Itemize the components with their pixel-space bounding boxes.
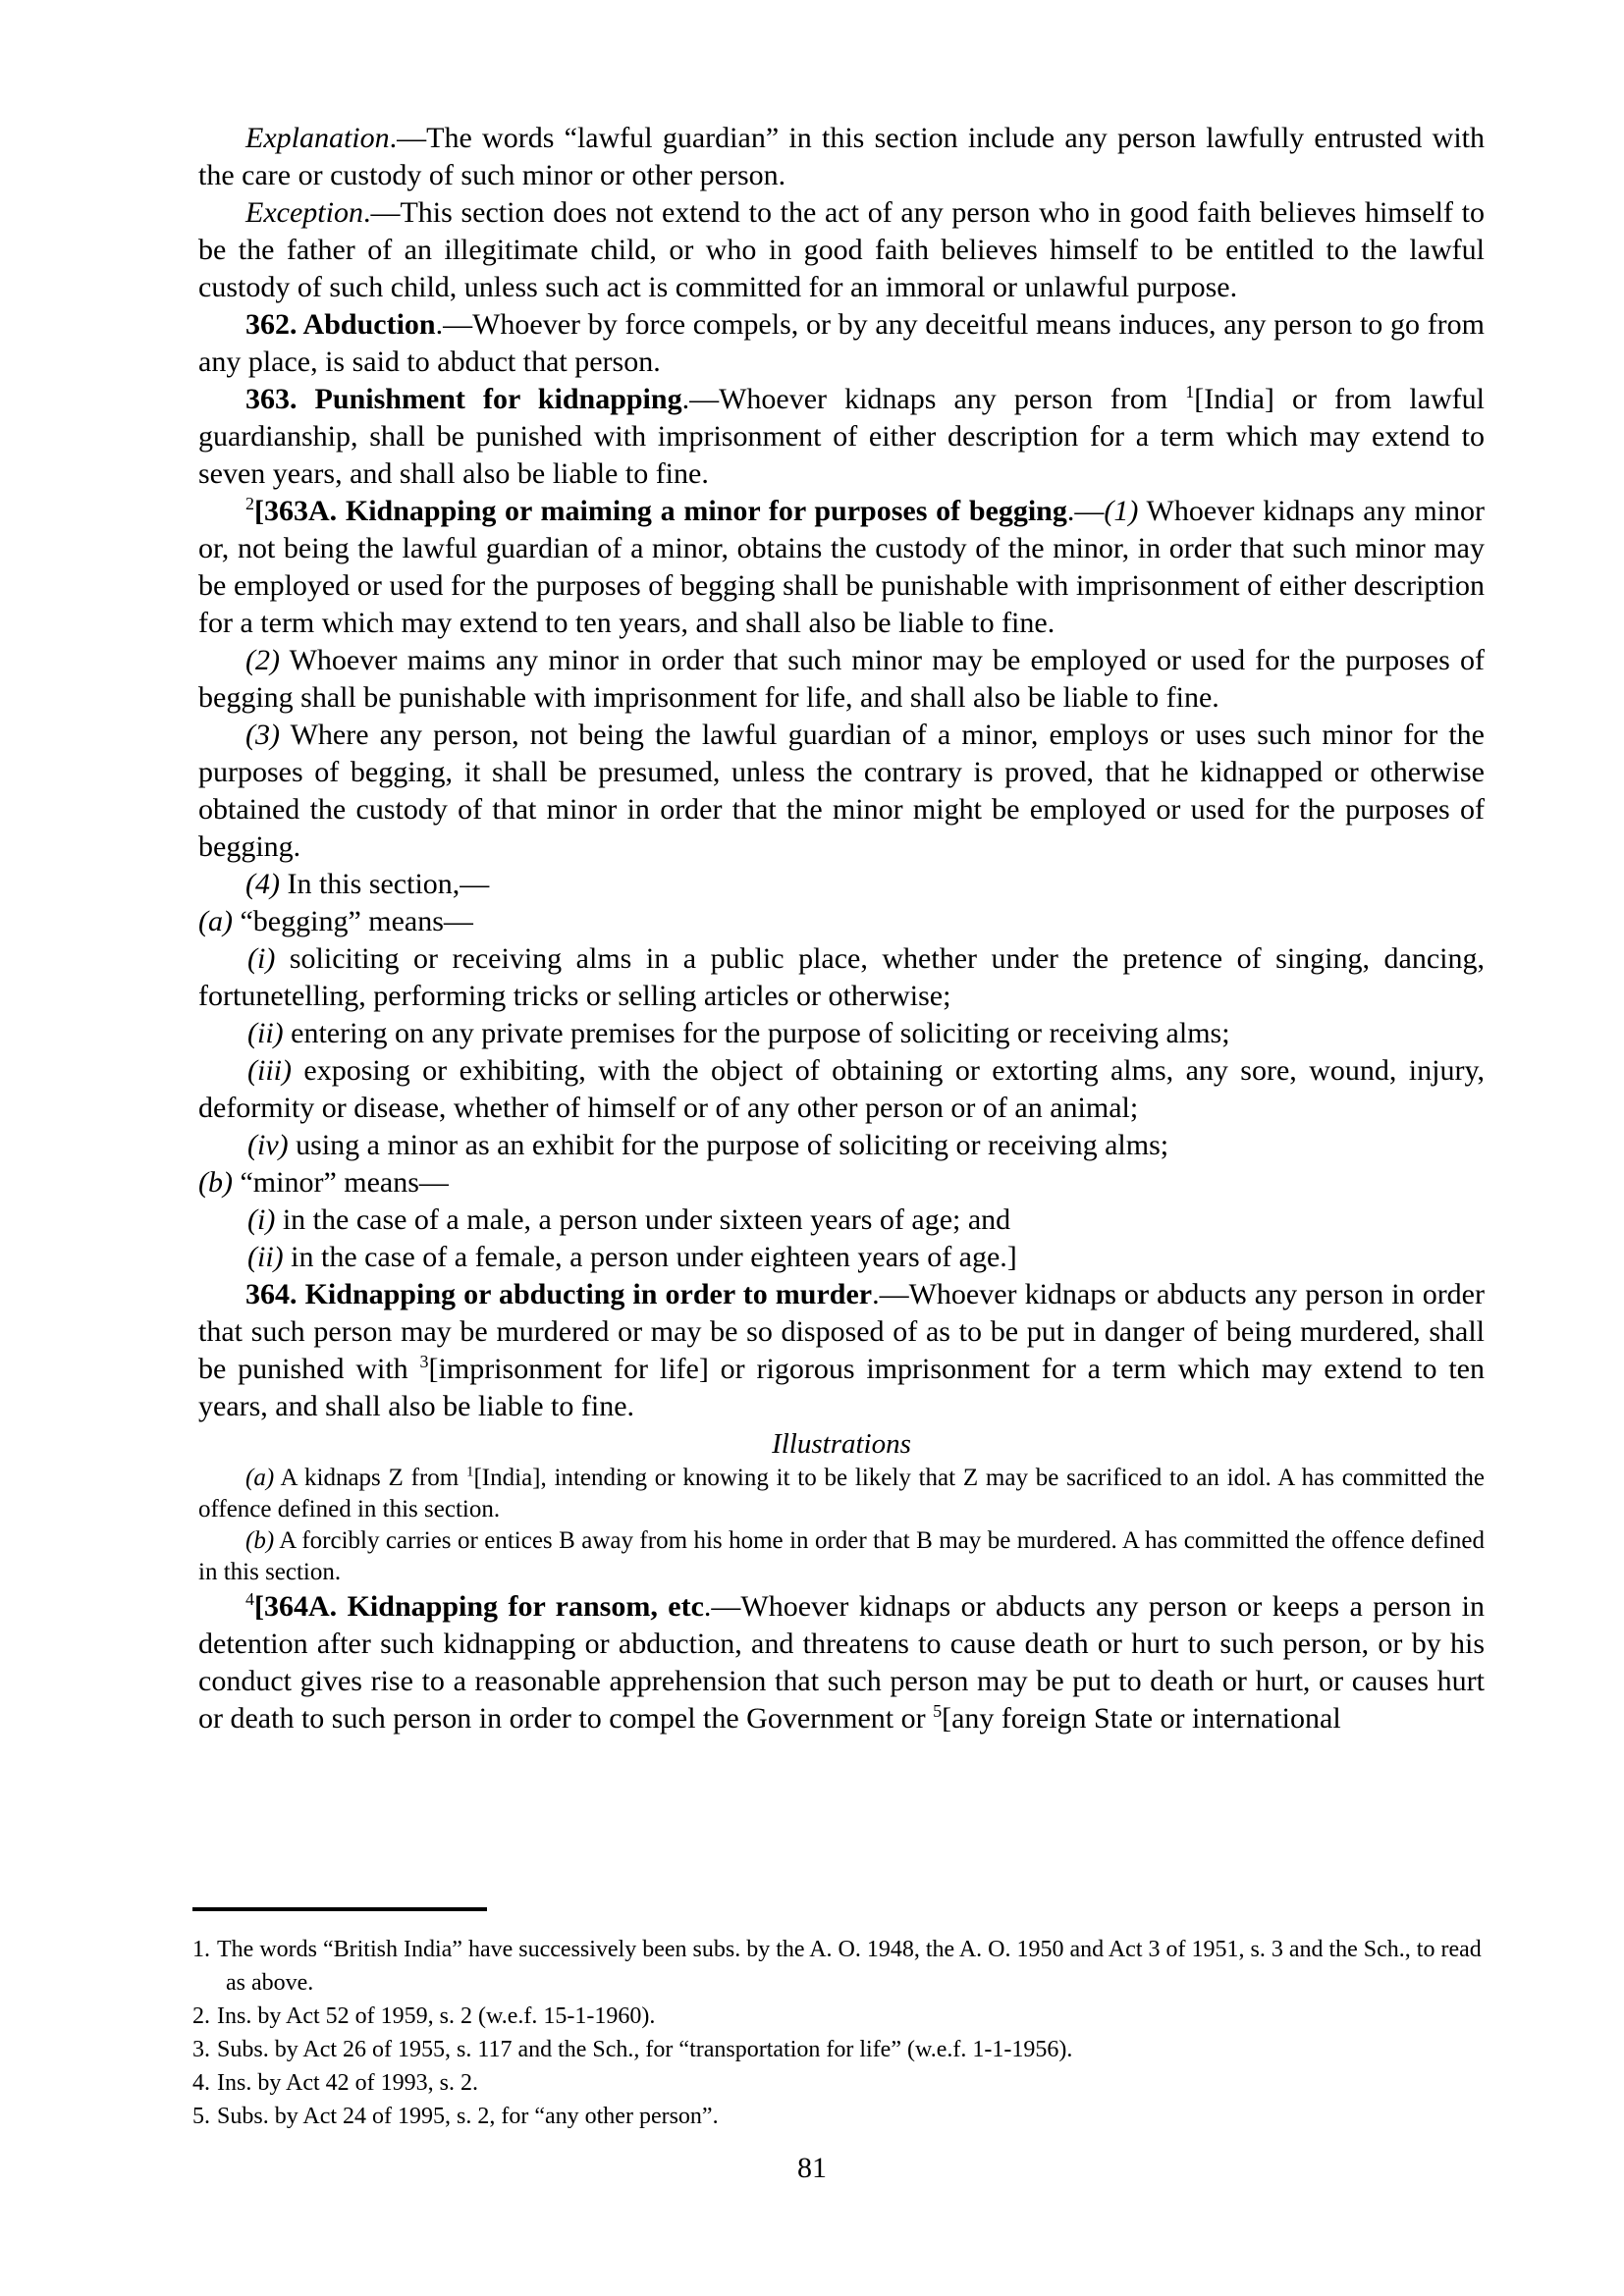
item-i-text: soliciting or receiving alms in a public… <box>198 942 1485 1012</box>
definition-a: (a) “begging” means— <box>198 903 1485 940</box>
clause-4-marker: (4) <box>245 868 280 900</box>
footnote-5-text: Subs. by Act 24 of 1995, s. 2, for “any … <box>217 2104 719 2129</box>
paragraph-363a-clause-4: (4) In this section,— <box>198 866 1485 903</box>
paragraph-section-362: 362. Abduction.—Whoever by force compels… <box>198 306 1485 381</box>
footnote-2-text: Ins. by Act 52 of 1959, s. 2 (w.e.f. 15-… <box>217 2003 655 2029</box>
paragraph-363a-clause-3: (3) Where any person, not being the lawf… <box>198 717 1485 866</box>
b-item-ii-marker: (ii) <box>247 1241 284 1273</box>
footnote-1-text: The words “British India” have successiv… <box>217 1937 1482 1996</box>
footnote-2-number: 2. <box>192 2003 217 2029</box>
clause-4-text: In this section,— <box>280 868 489 900</box>
definition-a-item-i: (i) soliciting or receiving alms in a pu… <box>198 940 1485 1015</box>
illustration-a-text-1: A kidnaps Z from <box>274 1465 466 1491</box>
exception-text: .—This section does not extend to the ac… <box>198 196 1485 303</box>
exception-label: Exception <box>245 196 363 229</box>
section-363-text-1: .—Whoever kidnaps any person from <box>682 383 1186 415</box>
b-item-i-text: in the case of a male, a person under si… <box>275 1203 1010 1236</box>
clause-2-text: Whoever maims any minor in order that su… <box>198 644 1485 714</box>
item-ii-text: entering on any private premises for the… <box>284 1017 1230 1049</box>
footnote-area: 1.The words “British India” have success… <box>192 1907 1485 2133</box>
definition-a-text: “begging” means— <box>233 905 473 937</box>
explanation-text: .—The words “lawful guardian” in this se… <box>198 122 1485 191</box>
illustration-b-text: A forcibly carries or entices B away fro… <box>198 1527 1485 1585</box>
footnote-5-number: 5. <box>192 2104 217 2129</box>
section-363a-heading: [363A. Kidnapping or maiming a minor for… <box>254 495 1067 527</box>
illustrations-heading: Illustrations <box>198 1425 1485 1463</box>
paragraph-section-363: 363. Punishment for kidnapping.—Whoever … <box>198 381 1485 493</box>
item-iii-text: exposing or exhibiting, with the object … <box>198 1054 1485 1124</box>
item-iv-marker: (iv) <box>247 1129 289 1161</box>
b-item-i-marker: (i) <box>247 1203 275 1236</box>
footnote-3-text: Subs. by Act 26 of 1955, s. 117 and the … <box>217 2037 1072 2062</box>
section-364a-text-2: [any foreign State or international <box>942 1702 1341 1735</box>
section-363-heading: 363. Punishment for kidnapping <box>245 383 682 415</box>
clause-2-marker: (2) <box>245 644 280 676</box>
definition-b: (b) “minor” means— <box>198 1164 1485 1201</box>
illustration-b-marker: (b) <box>245 1527 274 1554</box>
illustration-a-marker: (a) <box>245 1465 274 1491</box>
definition-b-item-i: (i) in the case of a male, a person unde… <box>198 1201 1485 1239</box>
clause-1-marker: (1) <box>1104 495 1138 527</box>
footnote-ref-4: 4 <box>245 1589 254 1609</box>
footnote-ref-2: 2 <box>245 494 254 513</box>
section-364-heading: 364. Kidnapping or abducting in order to… <box>245 1278 872 1310</box>
footnote-5: 5.Subs. by Act 24 of 1995, s. 2, for “an… <box>192 2100 1485 2133</box>
definition-b-marker: (b) <box>198 1166 233 1199</box>
paragraph-363a-clause-2: (2) Whoever maims any minor in order tha… <box>198 642 1485 717</box>
definition-a-item-iv: (iv) using a minor as an exhibit for the… <box>198 1127 1485 1164</box>
definition-b-text: “minor” means— <box>233 1166 449 1199</box>
footnote-4: 4.Ins. by Act 42 of 1993, s. 2. <box>192 2066 1485 2100</box>
definition-a-item-iii: (iii) exposing or exhibiting, with the o… <box>198 1052 1485 1127</box>
footnote-4-text: Ins. by Act 42 of 1993, s. 2. <box>217 2070 478 2096</box>
section-363a-dash: .— <box>1067 495 1105 527</box>
item-i-marker: (i) <box>247 942 275 975</box>
footnote-4-number: 4. <box>192 2070 217 2096</box>
footnote-1: 1.The words “British India” have success… <box>192 1933 1485 2000</box>
document-page: Explanation.—The words “lawful guardian”… <box>0 0 1624 2296</box>
footnote-separator-rule <box>192 1907 487 1911</box>
footnote-ref-5: 5 <box>933 1701 942 1721</box>
footnote-ref-3: 3 <box>420 1352 429 1371</box>
footnote-ref-1: 1 <box>1185 382 1194 401</box>
definition-a-marker: (a) <box>198 905 233 937</box>
b-item-ii-text: in the case of a female, a person under … <box>284 1241 1017 1273</box>
illustration-a: (a) A kidnaps Z from 1[India], intending… <box>198 1463 1485 1525</box>
paragraph-explanation: Explanation.—The words “lawful guardian”… <box>198 120 1485 194</box>
item-iv-text: using a minor as an exhibit for the purp… <box>289 1129 1168 1161</box>
definition-b-item-ii: (ii) in the case of a female, a person u… <box>198 1239 1485 1276</box>
footnote-1-number: 1. <box>192 1937 217 1962</box>
page-number: 81 <box>0 2152 1624 2185</box>
statute-text-column: Explanation.—The words “lawful guardian”… <box>198 120 1485 1737</box>
clause-3-marker: (3) <box>245 719 280 751</box>
explanation-label: Explanation <box>245 122 390 154</box>
section-362-heading: 362. Abduction <box>245 308 436 341</box>
clause-3-text: Where any person, not being the lawful g… <box>198 719 1485 863</box>
paragraph-section-364a: 4[364A. Kidnapping for ransom, etc.—Whoe… <box>198 1588 1485 1737</box>
item-ii-marker: (ii) <box>247 1017 284 1049</box>
footnote-3: 3.Subs. by Act 26 of 1955, s. 117 and th… <box>192 2033 1485 2066</box>
illustration-b: (b) A forcibly carries or entices B away… <box>198 1525 1485 1588</box>
definition-a-item-ii: (ii) entering on any private premises fo… <box>198 1015 1485 1052</box>
paragraph-exception: Exception.—This section does not extend … <box>198 194 1485 306</box>
section-364a-heading: [364A. Kidnapping for ransom, etc <box>254 1590 704 1623</box>
item-iii-marker: (iii) <box>247 1054 292 1087</box>
paragraph-section-363a: 2[363A. Kidnapping or maiming a minor fo… <box>198 493 1485 642</box>
paragraph-section-364: 364. Kidnapping or abducting in order to… <box>198 1276 1485 1425</box>
footnote-2: 2.Ins. by Act 52 of 1959, s. 2 (w.e.f. 1… <box>192 2000 1485 2033</box>
footnote-3-number: 3. <box>192 2037 217 2062</box>
